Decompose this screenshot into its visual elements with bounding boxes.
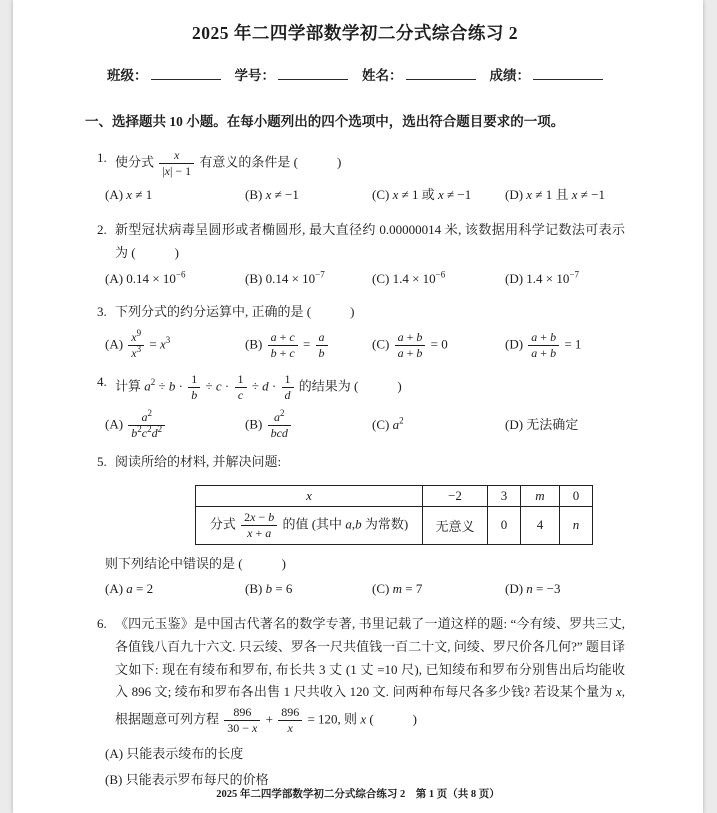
student-info-row: 班级： 学号： 姓名： 成绩： — [85, 64, 625, 84]
question-1-stem-row: 1. 使分式 x|x| − 1 有意义的条件是 ( ) — [97, 147, 625, 180]
table-row: x −2 3 m 0 — [196, 485, 593, 506]
question-1-option-c: (C) x ≠ 1 或 x ≠ −1 — [372, 185, 505, 206]
page-title: 2025 年二四学部数学初二分式综合练习 2 — [85, 20, 625, 45]
question-3: 3. 下列分式的约分运算中, 正确的是 ( ) (A) x9x3 = x3 (B… — [97, 301, 625, 362]
question-1-options: (A) x ≠ 1 (B) x ≠ −1 (C) x ≠ 1 或 x ≠ −1 … — [105, 185, 625, 206]
question-5-post-stem: 则下列结论中错误的是 ( ) — [105, 554, 625, 575]
section-heading: 一、选择题共 10 小题。在每小题列出的四个选项中，选出符合题目要求的一项。 — [85, 110, 625, 130]
question-1-option-d: (D) x ≠ 1 且 x ≠ −1 — [505, 185, 625, 206]
question-6-stem-row: 6. 《四元玉鉴》是中国古代著名的数学专著, 书里记载了一道这样的题: “今有绫… — [97, 613, 625, 737]
question-3-option-a: (A) x9x3 = x3 — [105, 329, 245, 362]
table-cell: 4 — [521, 506, 560, 544]
question-2: 2. 新型冠状病毒呈圆形或者椭圆形, 最大直径约 0.00000014 米, 该… — [97, 219, 625, 290]
question-5-stem: 阅读所给的材料, 并解决问题: — [115, 451, 625, 474]
question-2-option-b: (B) 0.14 × 10−7 — [245, 269, 372, 290]
question-5-option-d: (D) n = −3 — [505, 579, 625, 600]
page-content: 2025 年二四学部数学初二分式综合练习 2 班级： 学号： 姓名： 成绩： 一… — [13, 20, 703, 792]
question-4-option-c: (C) a2 — [372, 415, 505, 436]
table-cell: 3 — [488, 485, 521, 506]
question-5-option-b: (B) b = 6 — [245, 579, 372, 600]
question-4-option-b: (B) a2bcd — [245, 409, 372, 442]
question-3-number: 3. — [97, 301, 115, 324]
name-blank — [406, 66, 476, 80]
question-4-options: (A) a2b2c2d2 (B) a2bcd (C) a2 (D) 无法确定 — [105, 409, 625, 442]
table-cell: −2 — [423, 485, 488, 506]
score-label: 成绩： — [490, 68, 531, 83]
worksheet-page: 2025 年二四学部数学初二分式综合练习 2 班级： 学号： 姓名： 成绩： 一… — [13, 0, 703, 813]
table-cell: 无意义 — [423, 506, 488, 544]
table-cell: 0 — [488, 506, 521, 544]
table-cell: x — [196, 485, 423, 506]
question-4-number: 4. — [97, 371, 115, 394]
question-2-option-d: (D) 1.4 × 10−7 — [505, 269, 625, 290]
question-4-option-d: (D) 无法确定 — [505, 415, 625, 436]
class-blank — [151, 66, 221, 80]
question-2-stem: 新型冠状病毒呈圆形或者椭圆形, 最大直径约 0.00000014 米, 该数据用… — [115, 219, 625, 265]
question-5-options: (A) a = 2 (B) b = 6 (C) m = 7 (D) n = −3 — [105, 579, 625, 600]
table-cell: 0 — [560, 485, 593, 506]
name-label: 姓名： — [362, 68, 403, 83]
question-4-stem-row: 4. 计算 a2 ÷ b · 1b ÷ c · 1c ÷ d · 1d 的结果为… — [97, 371, 625, 404]
question-2-option-a: (A) 0.14 × 10−6 — [105, 269, 245, 290]
question-6-option-a: (A) 只能表示绫布的长度 — [105, 741, 625, 766]
question-6: 6. 《四元玉鉴》是中国古代著名的数学专著, 书里记载了一道这样的题: “今有绫… — [97, 613, 625, 792]
name-field: 姓名： — [362, 64, 476, 84]
question-3-options: (A) x9x3 = x3 (B) a + cb + c = ab (C) a … — [105, 329, 625, 362]
question-5-stem-row: 5. 阅读所给的材料, 并解决问题: — [97, 451, 625, 474]
question-4-stem: 计算 a2 ÷ b · 1b ÷ c · 1c ÷ d · 1d 的结果为 ( … — [115, 371, 625, 404]
question-3-stem: 下列分式的约分运算中, 正确的是 ( ) — [115, 301, 625, 324]
table-cell: m — [521, 485, 560, 506]
question-1: 1. 使分式 x|x| − 1 有意义的条件是 ( ) (A) x ≠ 1 (B… — [97, 147, 625, 206]
student-id-field: 学号： — [235, 64, 349, 84]
question-5-number: 5. — [97, 451, 115, 474]
student-id-blank — [278, 66, 348, 80]
question-6-stem: 《四元玉鉴》是中国古代著名的数学专著, 书里记载了一道这样的题: “今有绫、罗共… — [115, 613, 625, 737]
question-1-number: 1. — [97, 147, 115, 170]
question-1-option-a: (A) x ≠ 1 — [105, 185, 245, 206]
question-3-stem-row: 3. 下列分式的约分运算中, 正确的是 ( ) — [97, 301, 625, 324]
question-1-option-b: (B) x ≠ −1 — [245, 185, 372, 206]
question-4-option-a: (A) a2b2c2d2 — [105, 409, 245, 442]
question-6-options: (A) 只能表示绫布的长度 (B) 只能表示罗布每尺的价格 — [105, 741, 625, 792]
question-2-number: 2. — [97, 219, 115, 242]
question-5-option-c: (C) m = 7 — [372, 579, 505, 600]
question-2-option-c: (C) 1.4 × 10−6 — [372, 269, 505, 290]
score-blank — [533, 66, 603, 80]
question-5-option-a: (A) a = 2 — [105, 579, 245, 600]
class-label: 班级： — [107, 68, 148, 83]
question-3-option-c: (C) a + ba + b = 0 — [372, 329, 505, 362]
student-id-label: 学号： — [235, 68, 276, 83]
table-cell: 分式 2x − bx + a 的值 (其中 a,b 为常数) — [196, 506, 423, 544]
question-2-options: (A) 0.14 × 10−6 (B) 0.14 × 10−7 (C) 1.4 … — [105, 269, 625, 290]
table-row: 分式 2x − bx + a 的值 (其中 a,b 为常数) 无意义 0 4 n — [196, 506, 593, 544]
question-1-stem: 使分式 x|x| − 1 有意义的条件是 ( ) — [115, 147, 625, 180]
table-cell: n — [560, 506, 593, 544]
page-footer: 2025 年二四学部数学初二分式综合练习 2 第 1 页（共 8 页） — [13, 786, 703, 801]
question-5: 5. 阅读所给的材料, 并解决问题: x −2 3 m 0 分式 2x − bx… — [97, 451, 625, 600]
question-3-option-d: (D) a + ba + b = 1 — [505, 329, 625, 362]
score-field: 成绩： — [490, 64, 604, 84]
question-3-option-b: (B) a + cb + c = ab — [245, 329, 372, 362]
question-5-table: x −2 3 m 0 分式 2x − bx + a 的值 (其中 a,b 为常数… — [195, 485, 593, 545]
question-4: 4. 计算 a2 ÷ b · 1b ÷ c · 1c ÷ d · 1d 的结果为… — [97, 371, 625, 442]
question-2-stem-row: 2. 新型冠状病毒呈圆形或者椭圆形, 最大直径约 0.00000014 米, 该… — [97, 219, 625, 265]
class-field: 班级： — [107, 64, 221, 84]
question-6-number: 6. — [97, 613, 115, 636]
